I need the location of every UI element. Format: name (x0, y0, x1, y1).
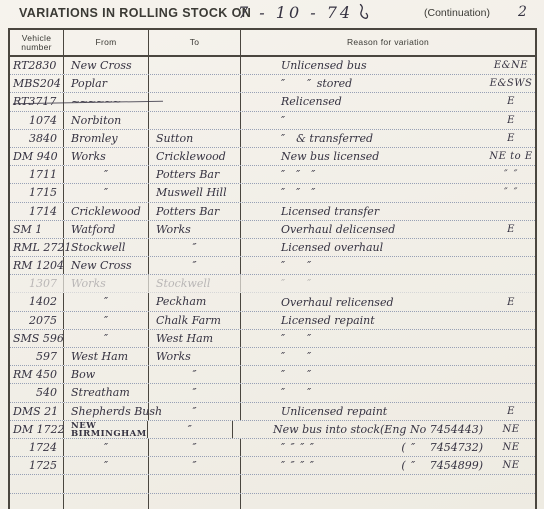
vehicle-number-cell: 540 (10, 384, 64, 401)
vehicle-number-cell: SMS 596 (10, 330, 64, 347)
reason-cell: Unlicensed bus E&NE (241, 57, 535, 74)
reason-text: Licensed transfer (241, 203, 379, 220)
from-garage-cell: New Cross (64, 257, 149, 274)
allocation-code: E (487, 403, 535, 420)
reason-text: Overhaul delicensed (241, 221, 395, 238)
table-row: SM 1 Watford Works Overhaul delicensed E (10, 221, 535, 239)
to-garage-cell: ″ (149, 439, 241, 456)
to-garage-cell: ″ (149, 403, 241, 420)
reason-text: ″ ″ ″ (241, 166, 315, 183)
reason-cell: ″ ″ ″ ″ ″ (241, 184, 535, 201)
reason-cell: Overhaul delicensed E (241, 221, 535, 238)
table-row: DMS 21 Shepherds Bush ″ Unlicensed repai… (10, 403, 535, 421)
vehicle-number-cell: 1714 (10, 203, 64, 220)
table-row: 1074 Norbiton ″ E (10, 112, 535, 130)
from-garage-cell: Shepherds Bush (64, 403, 149, 420)
page-number: 2 (518, 4, 527, 20)
reason-cell: ″ ″ (241, 384, 535, 401)
reason-cell: New bus into stock (Eng No 7454443) NE (233, 421, 535, 438)
reason-text: ″ (241, 112, 285, 129)
reason-text: ″ ″ ″ ″ (241, 457, 314, 474)
allocation-code: E&SWS (487, 75, 535, 92)
to-garage-cell: ″ (149, 457, 241, 474)
to-garage-cell: ″ (149, 257, 241, 274)
vehicle-number-cell: RT2830 (10, 57, 64, 74)
allocation-code: E (487, 93, 535, 110)
table-row: 1402 ″ Peckham Overhaul relicensed E (10, 293, 535, 311)
reason-text: ″ ″ (241, 257, 311, 274)
vehicle-number-cell: SM 1 (10, 221, 64, 238)
title-bar: VARIATIONS IN ROLLING STOCK ON 7 - 10 - … (0, 0, 544, 28)
vehicle-number-cell: 1711 (10, 166, 64, 183)
vehicle-number-cell (10, 475, 64, 492)
date-flourish-icon (354, 3, 373, 27)
vehicle-number-cell (10, 494, 64, 509)
table-row: 1715 ″ Muswell Hill ″ ″ ″ ″ ″ (10, 184, 535, 202)
from-garage-cell: Poplar (64, 75, 149, 92)
table-row: MBS204 Poplar ″ ″ stored E&SWS (10, 75, 535, 93)
allocation-code: NE (487, 439, 535, 456)
vehicle-number-cell: 3840 (10, 130, 64, 147)
reason-cell: ″ ″ (241, 366, 535, 383)
reason-text: ″ ″ (241, 330, 311, 347)
from-garage-cell: ~~~~~~ (64, 93, 149, 110)
from-garage-cell: Cricklewood (64, 203, 149, 220)
reason-text: Licensed repaint (241, 312, 375, 329)
from-garage-cell: ″ (64, 439, 149, 456)
reason-cell: Licensed overhaul (241, 239, 535, 256)
column-header-from: From (64, 30, 149, 55)
reason-cell: Licensed transfer (241, 203, 535, 220)
reason-cell: ″ ″ (241, 275, 535, 292)
from-garage-cell: Works (64, 148, 149, 165)
table-row (10, 494, 535, 509)
from-garage-cell: ″ (64, 312, 149, 329)
table-body: RT2830 New Cross Unlicensed bus E&NE MBS… (10, 57, 535, 509)
vehicle-number-cell: DM 1722 (10, 421, 64, 438)
table-row: RM 450 Bow ″ ″ ″ (10, 366, 535, 384)
vehicle-number-cell: 1715 (10, 184, 64, 201)
from-garage-cell: Stockwell (64, 239, 149, 256)
table-row: 3840 Bromley Sutton ″ & transferred E (10, 130, 535, 148)
vehicle-number-cell: MBS204 (10, 75, 64, 92)
reason-cell: Licensed repaint (241, 312, 535, 329)
allocation-code: NE to E (487, 148, 535, 165)
to-garage-cell: Works (149, 221, 241, 238)
to-garage-cell: Sutton (149, 130, 241, 147)
vehicle-number-cell: RT3717 (10, 93, 64, 110)
to-garage-cell (149, 494, 241, 509)
from-garage-cell: ″ (64, 457, 149, 474)
from-garage-cell: Works (64, 275, 149, 292)
table-row (10, 475, 535, 493)
to-garage-cell: West Ham (149, 330, 241, 347)
vehicle-number-cell: DM 940 (10, 148, 64, 165)
vehicle-number-cell: RM 450 (10, 366, 64, 383)
allocation-code: E (487, 112, 535, 129)
table-row: 1725 ″ ″ ″ ″ ″ ″ ( ″ 7454899) NE (10, 457, 535, 475)
from-garage-cell: NEW BIRMINGHAM (64, 421, 148, 438)
engine-number-text: ( ″ 7454732) (314, 439, 487, 456)
table-row: RT2830 New Cross Unlicensed bus E&NE (10, 57, 535, 75)
reason-cell (241, 494, 535, 509)
reason-text: ″ ″ (241, 366, 311, 383)
table-row: DM 940 Works Cricklewood New bus license… (10, 148, 535, 166)
allocation-code: E (487, 294, 535, 311)
from-garage-cell: Watford (64, 221, 149, 238)
table-row: RML 2721 Stockwell ″ Licensed overhaul (10, 239, 535, 257)
reason-text: Overhaul relicensed (241, 294, 394, 311)
allocation-code: ″ ″ (487, 166, 535, 183)
to-garage-cell: Cricklewood (149, 148, 241, 165)
from-garage-cell: Bromley (64, 130, 149, 147)
table-row: 1711 ″ Potters Bar ″ ″ ″ ″ ″ (10, 166, 535, 184)
to-garage-cell (149, 475, 241, 492)
reason-cell: ″ ″ (241, 348, 535, 365)
to-garage-cell (149, 57, 241, 74)
vehicle-number-cell: DMS 21 (10, 403, 64, 420)
to-garage-cell: Peckham (149, 293, 241, 310)
reason-cell: Relicensed E (241, 93, 535, 110)
vehicle-number-cell: 1402 (10, 293, 64, 310)
from-garage-cell: Norbiton (64, 112, 149, 129)
continuation-label: (Continuation) (424, 7, 490, 19)
to-garage-cell (149, 75, 241, 92)
reason-text: ″ ″ (241, 384, 311, 401)
to-garage-cell: Chalk Farm (149, 312, 241, 329)
reason-cell: ″ ″ stored E&SWS (241, 75, 535, 92)
from-garage-cell: ″ (64, 330, 149, 347)
from-garage-cell: ″ (64, 166, 149, 183)
reason-text: Relicensed (241, 93, 342, 110)
to-garage-cell (149, 112, 241, 129)
vehicle-number-cell: 1724 (10, 439, 64, 456)
from-garage-cell: New Cross (64, 57, 149, 74)
to-garage-cell: ″ (149, 384, 241, 401)
reason-text: ″ ″ (241, 348, 311, 365)
column-header-reason: Reason for variation (241, 30, 535, 55)
rolling-stock-table: Vehicle number From To Reason for variat… (8, 28, 537, 509)
allocation-code: ″ ″ (487, 184, 535, 201)
vehicle-number-cell: 1725 (10, 457, 64, 474)
to-garage-cell: Works (149, 348, 241, 365)
form-title: VARIATIONS IN ROLLING STOCK ON (19, 6, 251, 20)
reason-text: Licensed overhaul (241, 239, 383, 256)
reason-cell: ″ E (241, 112, 535, 129)
vehicle-number-cell: 2075 (10, 312, 64, 329)
reason-text: ″ ″ stored (241, 75, 352, 92)
reason-text: New bus into stock (233, 421, 380, 438)
vehicle-number-cell: 1074 (10, 112, 64, 129)
reason-cell: ″ ″ (241, 257, 535, 274)
reason-text: Unlicensed repaint (241, 403, 387, 420)
reason-cell: ″ ″ ″ ″ ( ″ 7454899) NE (241, 457, 535, 474)
table-row: 1724 ″ ″ ″ ″ ″ ″ ( ″ 7454732) NE (10, 439, 535, 457)
engine-number-text: ( ″ 7454899) (314, 457, 487, 474)
reason-text: Unlicensed bus (241, 57, 367, 74)
vehicle-number-cell: 597 (10, 348, 64, 365)
reason-text: ″ & transferred (241, 130, 373, 147)
reason-text: New bus licensed (241, 148, 379, 165)
to-garage-cell: Potters Bar (149, 203, 241, 220)
table-row: RM 1204 New Cross ″ ″ ″ (10, 257, 535, 275)
column-header-to: To (149, 30, 241, 55)
reason-text: ″ ″ ″ (241, 184, 315, 201)
table-row: SMS 596 ″ West Ham ″ ″ (10, 330, 535, 348)
reason-cell: ″ & transferred E (241, 130, 535, 147)
column-header-vehicle-number: Vehicle number (10, 30, 64, 55)
allocation-code: E (487, 221, 535, 238)
reason-text: ″ ″ ″ ″ (241, 439, 314, 456)
from-garage-cell: Streatham (64, 384, 149, 401)
scanned-page: VARIATIONS IN ROLLING STOCK ON 7 - 10 - … (0, 0, 544, 509)
from-garage-cell: ″ (64, 184, 149, 201)
reason-cell: Unlicensed repaint E (241, 403, 535, 420)
to-garage-cell: ″ (149, 239, 241, 256)
allocation-code: E&NE (487, 57, 535, 74)
reason-cell: New bus licensed NE to E (241, 148, 535, 165)
table-row: DM 1722 NEW BIRMINGHAM ″ New bus into st… (10, 421, 535, 439)
table-row: 540 Streatham ″ ″ ″ (10, 384, 535, 402)
table-row: 1307 Works Stockwell ″ ″ (10, 275, 535, 293)
reason-cell: Overhaul relicensed E (241, 293, 535, 310)
table-row: RT3717 ~~~~~~ Relicensed E (10, 93, 535, 111)
allocation-code: NE (487, 457, 535, 474)
vehicle-number-cell: RML 2721 (10, 239, 64, 256)
from-garage-cell: West Ham (64, 348, 149, 365)
from-garage-cell (64, 494, 149, 509)
table-row: 597 West Ham Works ″ ″ (10, 348, 535, 366)
table-row: 2075 ″ Chalk Farm Licensed repaint (10, 312, 535, 330)
reason-text: ″ ″ (241, 275, 311, 292)
reason-cell: ″ ″ ″ ″ ( ″ 7454732) NE (241, 439, 535, 456)
to-garage-cell: Stockwell (149, 275, 241, 292)
from-garage-cell: Bow (64, 366, 149, 383)
reason-cell: ″ ″ (241, 330, 535, 347)
to-garage-cell (149, 93, 241, 110)
reason-cell: ″ ″ ″ ″ ″ (241, 166, 535, 183)
to-garage-cell: Muswell Hill (149, 184, 241, 201)
table-row: 1714 Cricklewood Potters Bar Licensed tr… (10, 203, 535, 221)
allocation-code: E (487, 130, 535, 147)
from-garage-cell: ″ (64, 293, 149, 310)
to-garage-cell: Potters Bar (149, 166, 241, 183)
allocation-code: NE (487, 421, 535, 438)
to-garage-cell: ″ (148, 421, 233, 438)
engine-number-text: (Eng No 7454443) (380, 421, 487, 438)
reason-cell (241, 475, 535, 492)
table-header-row: Vehicle number From To Reason for variat… (10, 30, 535, 57)
vehicle-number-cell: 1307 (10, 275, 64, 292)
vehicle-number-cell: RM 1204 (10, 257, 64, 274)
from-garage-cell (64, 475, 149, 492)
date-handwritten: 7 - 10 - 74 (238, 3, 353, 22)
to-garage-cell: ″ (149, 366, 241, 383)
